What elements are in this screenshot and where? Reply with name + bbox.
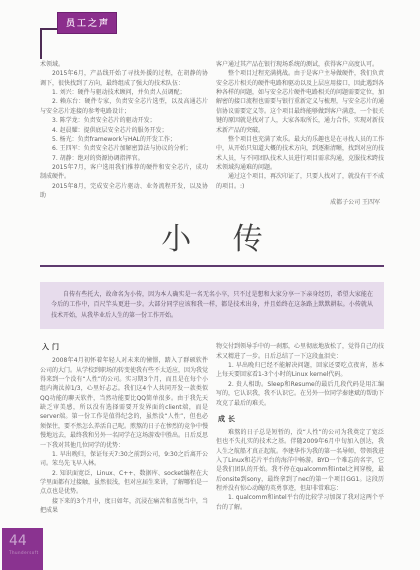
- list-item: 2. 贵人相助。Sleep和Resume的最后几段代码是用汇编写的，它认识我，我…: [216, 380, 384, 408]
- paragraph: 接下来的3个月中，度日如年，沉浸在痛苦和喜悦当中，当把成果: [40, 497, 208, 516]
- bottom-right-column: 物交付到领导手中的一刹那，心里彻底地放松了，觉得自己的技术又精进了一步。日后总结…: [216, 342, 384, 515]
- page-content: 术领域。 2015年6月，产品线开始了寻找外援的过程，在胡静的协调下，很快找到了…: [40, 60, 384, 515]
- section-tag: 员工之声: [57, 12, 117, 34]
- page-footer-caption: Thundersoft: [9, 550, 43, 555]
- author-signature: 成都子公司 王四军: [216, 198, 384, 207]
- paragraph: 客户通过其产品在银行现场系统的测试，获得客户高度认可。: [216, 60, 384, 69]
- paragraph: 2015年7月，客户选用我们推荐的硬件和安全芯片，成功制成硬件。: [40, 163, 208, 182]
- paragraph: 2008年4月初怀着年轻人对未来的憧憬，踏入了群硕软件公司的大门。从学校到职场的…: [40, 356, 208, 450]
- intro-callout: 自传有些托大，故命名为小传，因为本人确实是一名无名小卒，只不过是想和大家分享一下…: [40, 282, 384, 330]
- article-title-block: 小 传: [40, 223, 384, 267]
- title-divider-rule: [40, 265, 384, 267]
- list-item: 3. 陈学龙：负责安全芯片的驱动开发；: [40, 116, 208, 125]
- list-item: 1. qualcomm和intel平台的比较学习加深了我对这两个平台的了解。: [216, 493, 384, 512]
- list-item: 5. 杨光：负责framework与HAL的开发工作；: [40, 135, 208, 144]
- paragraph: 通过这个项目，再次印证了，只要人找对了，就没有干不成的项目。:): [216, 172, 384, 191]
- top-left-column: 术领域。 2015年6月，产品线开始了寻找外援的过程，在胡静的协调下，很快找到了…: [40, 60, 208, 207]
- page-number-badge: 44 Thundersoft: [2, 528, 43, 570]
- tag-vertical-rule: [40, 28, 42, 59]
- list-item: 6. 王四军：负责安全芯片加解密算法与协议的分析；: [40, 144, 208, 153]
- list-item: 1. 早出晚归，保证每天7:30之前到公司，9:30之后离开公司。笨鸟先飞早入林…: [40, 450, 208, 469]
- list-item: 7. 胡静：绝对的资源协调指挥官。: [40, 154, 208, 163]
- paragraph: 2015年8月，完成安全芯片驱动、业务流程开发，以及协助: [40, 182, 208, 201]
- paragraph: 整个项目过程充满挑战。由于是客户主导做硬件，我们负责安全芯片相关的硬件电路和驱动…: [216, 69, 384, 135]
- section-heading-growth: 成长: [218, 414, 384, 425]
- bottom-left-column: 入门 2008年4月初怀着年轻人对未来的憧憬，踏入了群硕软件公司的大门。从学校到…: [40, 342, 208, 515]
- list-item: 2. 赖东台：硬件专家，负责安全芯片选型，以及高通芯片与安全芯片连接的参考电路设…: [40, 97, 208, 116]
- paragraph: 术领域。: [40, 60, 208, 69]
- bottom-article-columns: 入门 2008年4月初怀着年轻人对未来的憧憬，踏入了群硕软件公司的大门。从学校到…: [40, 342, 384, 515]
- section-heading-entry: 入门: [42, 342, 208, 353]
- paragraph: 2015年6月，产品线开始了寻找外援的过程，在胡静的协调下，很快找到了方向，最终…: [40, 69, 208, 88]
- page-number: 44: [9, 534, 43, 548]
- magazine-page: { "brand": { "accent_color": "#8b2e8c", …: [0, 0, 420, 570]
- list-item: 1. 刘兴：硬件与驱动技术顾问，并负责人员调配；: [40, 88, 208, 97]
- list-item: 4. 赵晨耀：提供底层安全芯片的服务开发；: [40, 126, 208, 135]
- list-item: 2. 知识面宽泛，Linux、C++、数据库、socket编程在大学里面都有过接…: [40, 469, 208, 497]
- paragraph: 难熬的日子总是短暂的，没“人性”的公司为我奠定了宽泛但也不失扎实的技术之基。伴随…: [216, 428, 384, 494]
- paragraph: 物交付到领导手中的一刹那，心里彻底地放松了，觉得自己的技术又精进了一步。日后总结…: [216, 342, 384, 361]
- article-title: 小 传: [40, 223, 384, 258]
- list-item: 1. 早出晚归已经不能解决问题，回家还要吃点夜宵，基本上每天要回家看1-3个小时…: [216, 361, 384, 380]
- top-right-column: 客户通过其产品在银行现场系统的测试，获得客户高度认可。 整个项目过程充满挑战。由…: [216, 60, 384, 207]
- top-article-columns: 术领域。 2015年6月，产品线开始了寻找外援的过程，在胡静的协调下，很快找到了…: [40, 60, 384, 207]
- paragraph: 整个项目也充满了欢乐。最大的乐趣也是在寻找人员的工作中，从开始只知道大概的技术方…: [216, 135, 384, 172]
